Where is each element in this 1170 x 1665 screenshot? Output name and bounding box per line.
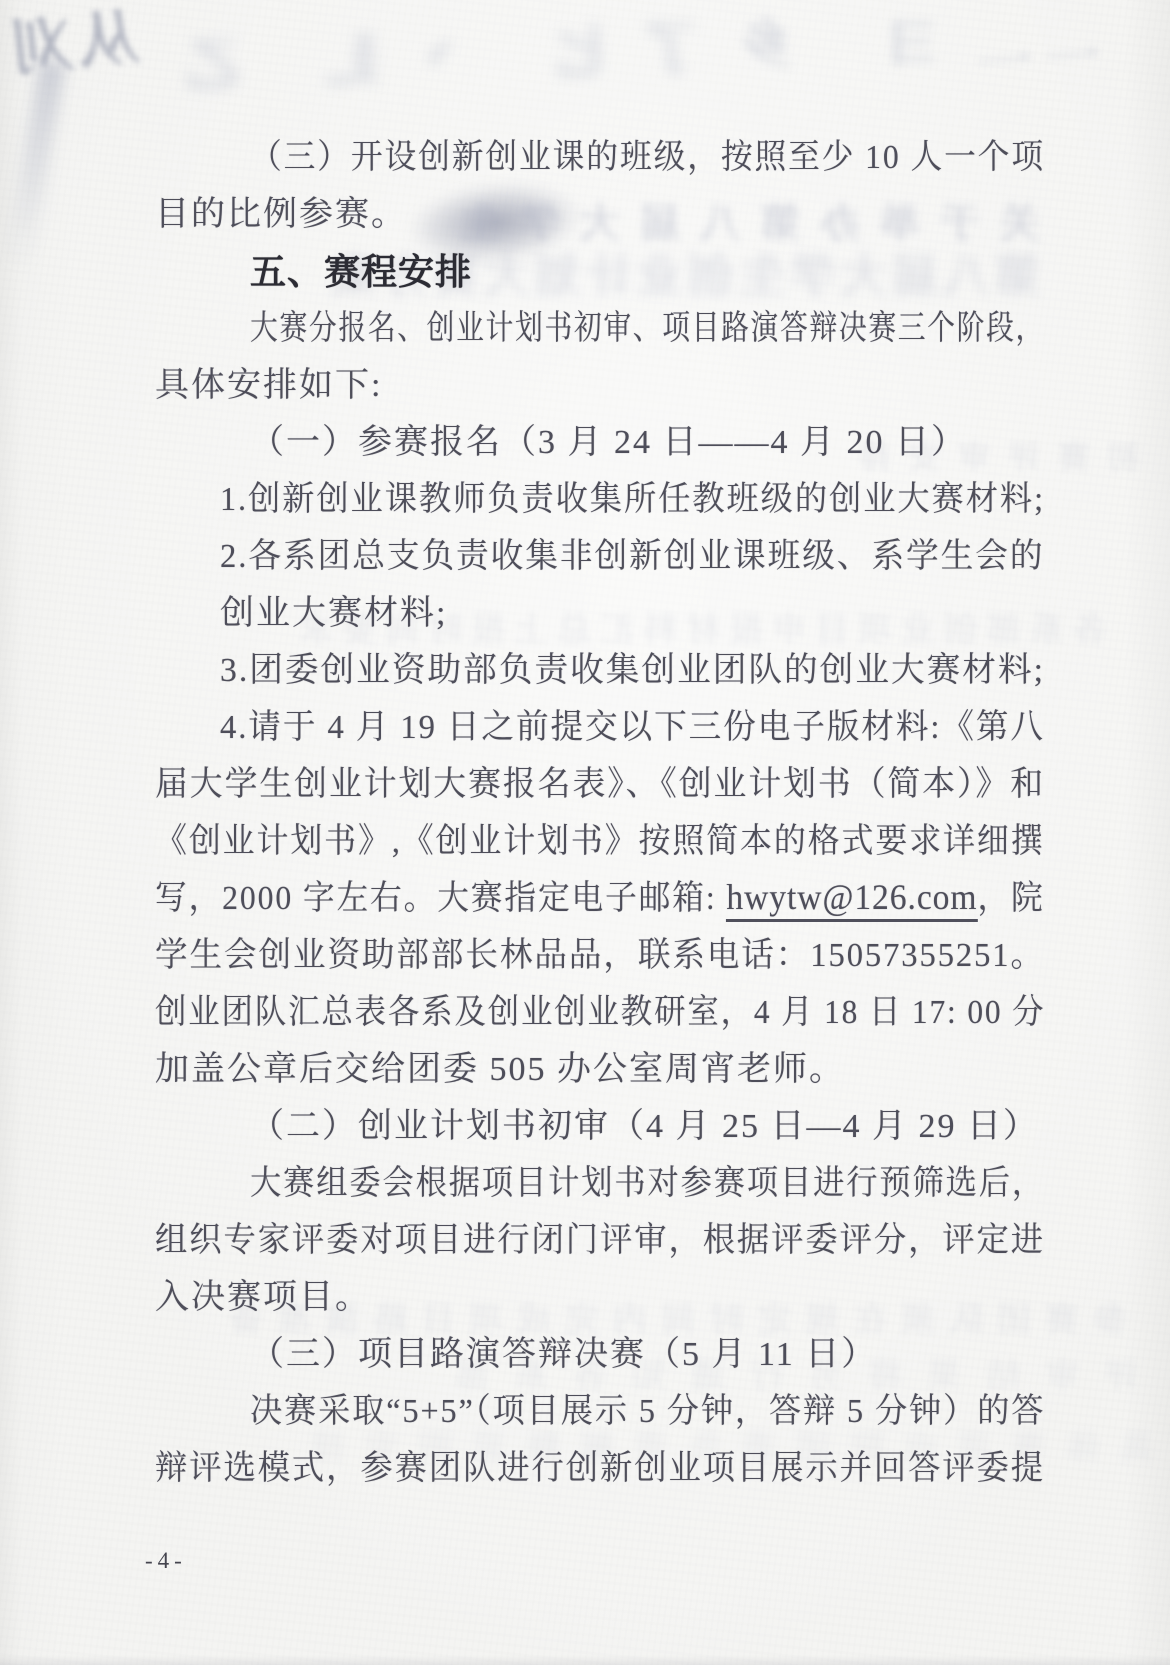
doc-line-text: 1.创新创业课教师负责收集所任教班级的创业大赛材料;	[220, 471, 1045, 528]
doc-line: （一）参赛报名（3 月 24 日——4 月 20 日）	[155, 414, 1045, 471]
doc-line: 2.各系团总支负责收集非创新创业课班级、系学生会的	[155, 528, 1045, 585]
email-post-text: ，院	[977, 880, 1044, 917]
ink-streak-left-edge	[4, 59, 66, 270]
doc-line: 大赛组委会根据项目计划书对参赛项目进行预筛选后，	[155, 1155, 1045, 1212]
doc-line: 3.团委创业资助部负责收集创业团队的创业大赛材料;	[155, 642, 1045, 699]
doc-line-text: 写，2000 字左右。大赛指定电子邮箱: hwytw@126.com，院	[155, 870, 1045, 927]
section-heading: 五、赛程安排	[250, 243, 472, 300]
doc-line-text: 创业大赛材料;	[220, 585, 447, 642]
doc-line-text: 目的比例参赛。	[155, 186, 407, 243]
doc-line-text: 入决赛项目。	[155, 1269, 371, 1326]
document-body: （三）开设创新创业课的班级，按照至少 10 人一个项 目的比例参赛。 五、赛程安…	[155, 0, 1045, 1497]
doc-line: 加盖公章后交给团委 505 办公室周宵老师。	[155, 1041, 1045, 1098]
doc-line: 创业团队汇总表各系及创业创业教研室，4 月 18 日 17: 00 分	[155, 984, 1045, 1041]
scanned-document-page: { "meta": { "page_number": "-4-" }, "col…	[0, 0, 1170, 1665]
doc-line-text: 2.各系团总支负责收集非创新创业课班级、系学生会的	[220, 528, 1045, 585]
doc-line-text: 3.团委创业资助部负责收集创业团队的创业大赛材料;	[220, 642, 1045, 699]
doc-line: 学生会创业资助部部长林品品，联系电话：15057355251。	[155, 927, 1045, 984]
doc-line: 具体安排如下:	[155, 357, 1045, 414]
doc-line-text: （二）创业计划书初审（4 月 25 日—4 月 29 日）	[250, 1098, 1039, 1155]
doc-line: 组织专家评委对项目进行闭门评审，根据评委评分，评定进	[155, 1212, 1045, 1269]
doc-line-text: 《创业计划书》,《创业计划书》按照简本的格式要求详细撰	[155, 813, 1045, 870]
doc-line-text: 学生会创业资助部部长林品品，联系电话：15057355251。	[155, 927, 1045, 984]
email-address: hwytw@126.com	[726, 875, 977, 922]
doc-line: 1.创新创业课教师负责收集所任教班级的创业大赛材料;	[155, 471, 1045, 528]
doc-line-with-email: 写，2000 字左右。大赛指定电子邮箱: hwytw@126.com，院	[155, 870, 1045, 927]
doc-line-text: 具体安排如下:	[155, 357, 382, 414]
doc-line: 目的比例参赛。	[155, 186, 1045, 243]
doc-line: 辩评选模式，参赛团队进行创新创业项目展示并回答评委提	[155, 1440, 1045, 1497]
doc-line: 《创业计划书》,《创业计划书》按照简本的格式要求详细撰	[155, 813, 1045, 870]
doc-line-text: （三）开设创新创业课的班级，按照至少 10 人一个项	[250, 129, 1045, 186]
doc-line-text: 创业团队汇总表各系及创业创业教研室，4 月 18 日 17: 00 分	[155, 984, 1045, 1041]
doc-line: 决赛采取“5+5”（项目展示 5 分钟，答辩 5 分钟）的答	[155, 1383, 1045, 1440]
doc-line-text: 4.请于 4 月 19 日之前提交以下三份电子版材料:《第八	[220, 699, 1045, 756]
email-pre-text: 写，2000 字左右。大赛指定电子邮箱:	[155, 880, 726, 917]
doc-line-text: 届大学生创业计划大赛报名表》、《创业计划书（简本）》和	[155, 756, 1045, 813]
ink-smudge-top-left: 从刈	[2, 0, 142, 89]
doc-line: （三）开设创新创业课的班级，按照至少 10 人一个项	[155, 129, 1045, 186]
doc-line-text: 大赛组委会根据项目计划书对参赛项目进行预筛选后，	[250, 1155, 1045, 1212]
doc-line: （二）创业计划书初审（4 月 25 日—4 月 29 日）	[155, 1098, 1045, 1155]
doc-line: 入决赛项目。	[155, 1269, 1045, 1326]
doc-line: 4.请于 4 月 19 日之前提交以下三份电子版材料:《第八	[155, 699, 1045, 756]
scan-bottom-shadow	[0, 1655, 1170, 1665]
doc-line-text: 大赛分报名、创业计划书初审、项目路演答辩决赛三个阶段，	[250, 300, 1045, 357]
doc-line-text: 决赛采取“5+5”（项目展示 5 分钟，答辩 5 分钟）的答	[250, 1383, 1045, 1440]
doc-line-text: 辩评选模式，参赛团队进行创新创业项目展示并回答评委提	[155, 1440, 1045, 1497]
doc-line-text: 组织专家评委对项目进行闭门评审，根据评委评分，评定进	[155, 1212, 1045, 1269]
doc-line-text: （三）项目路演答辩决赛（5 月 11 日）	[250, 1326, 877, 1383]
page-number: -4-	[145, 1548, 187, 1574]
doc-line-text: 加盖公章后交给团委 505 办公室周宵老师。	[155, 1041, 845, 1098]
doc-line: 届大学生创业计划大赛报名表》、《创业计划书（简本）》和	[155, 756, 1045, 813]
doc-line: （三）项目路演答辩决赛（5 月 11 日）	[155, 1326, 1045, 1383]
doc-line-text: （一）参赛报名（3 月 24 日——4 月 20 日）	[250, 414, 967, 471]
doc-line: 大赛分报名、创业计划书初审、项目路演答辩决赛三个阶段，	[155, 300, 1045, 357]
doc-line: 创业大赛材料;	[155, 585, 1045, 642]
doc-line: 五、赛程安排	[155, 243, 1045, 300]
